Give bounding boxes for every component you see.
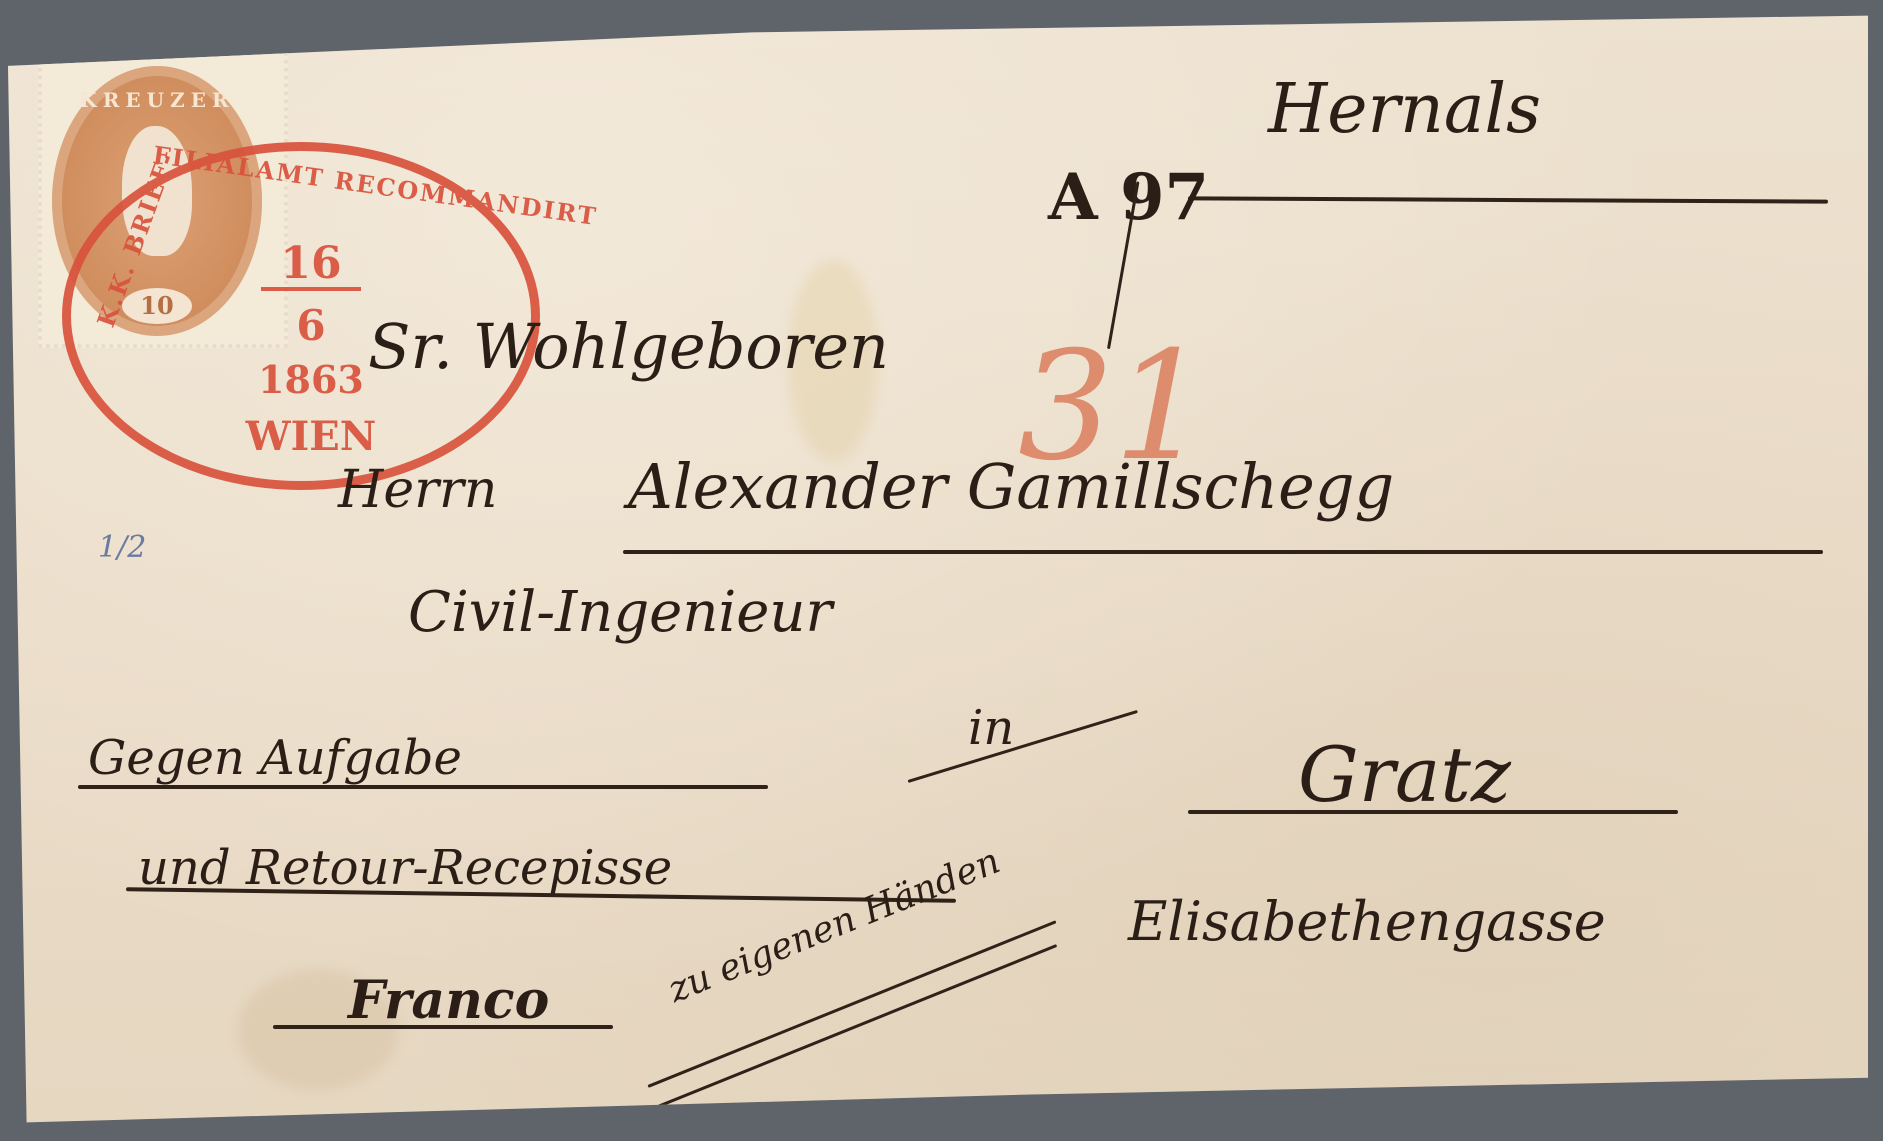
origin-place: Hernals xyxy=(1268,70,1541,149)
city-underline xyxy=(1188,810,1678,814)
recipient-title: Civil-Ingenieur xyxy=(408,580,832,645)
stamp-denomination-word: KREUZER xyxy=(52,88,262,112)
delivery-strike-1 xyxy=(647,920,1056,1088)
postmark-month: 6 xyxy=(261,301,361,350)
destination-city: Gratz xyxy=(1298,730,1511,819)
note-line-1: Gegen Aufgabe xyxy=(88,730,462,786)
address-preposition: in xyxy=(968,700,1014,756)
postmark-day: 16 xyxy=(261,241,361,291)
recipient-underline xyxy=(623,550,1823,554)
recipient-prefix: Herrn xyxy=(338,460,497,520)
margin-fraction: 1/2 xyxy=(98,530,146,565)
origin-underline xyxy=(1188,196,1828,203)
street-name: Elisabethengasse xyxy=(1128,890,1606,953)
salutation: Sr. Wohlgeboren xyxy=(368,310,889,383)
preposition-flourish xyxy=(908,710,1138,783)
franco-note: Franco xyxy=(348,970,549,1031)
note-line-1-underline xyxy=(78,785,768,789)
recipient-name: Alexander Gamillschegg xyxy=(628,450,1394,523)
postmark-city: WIEN xyxy=(221,413,401,460)
envelope: KREUZER 10 K.K. BRIEF- FILIALAMT RECOMMA… xyxy=(8,10,1868,1128)
franco-underline xyxy=(273,1025,613,1029)
